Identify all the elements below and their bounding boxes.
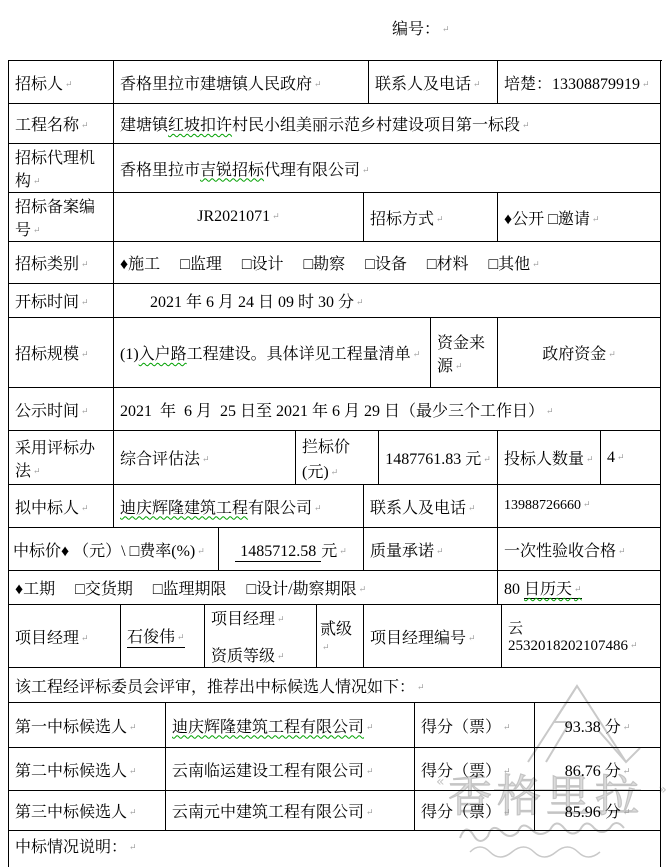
table-row-scale: 招标规模 (1)入户路工程建设。具体详见工程量清单 资金来源 政府资金 xyxy=(9,318,662,388)
candidate-3-score-label-cell: 得分（票） xyxy=(415,791,535,831)
ceiling-price-value-cell: 1487761.83 元 xyxy=(379,431,498,485)
duration-label-cell: ♦工期 □交货期 □监理期限 □设计/勘察期限 xyxy=(9,571,498,605)
winner-contact-label-cell: 联系人及电话 xyxy=(364,485,498,528)
evaluation-value: 综合评估法 xyxy=(120,446,210,469)
open-time-value-cell: 2021 年 6 月 24 日 09 时 30 分 xyxy=(114,284,661,318)
open-time-value: 2021 年 6 月 24 日 09 时 30 分 xyxy=(150,289,364,312)
candidate-3-rank-cell: 第三中标候选人 xyxy=(9,791,166,831)
candidate-2-company: 云南临运建设工程有限公司 xyxy=(172,758,374,781)
candidate-1-rank: 第一中标候选人 xyxy=(15,714,137,737)
tender-result-table: 招标人 香格里拉市建塘镇人民政府 联系人及电话 培楚：13308879919 工… xyxy=(8,60,662,867)
pm-id-label-cell: 项目经理编号 xyxy=(364,605,502,668)
table-row-record-number: 招标备案编号 JR2021071 招标方式 ♦公开 □邀请 xyxy=(9,193,662,242)
table-row-candidate-1: 第一中标候选人 迪庆辉隆建筑工程有限公司 得分（票） 93.38 分 xyxy=(9,703,662,748)
fund-source-label: 资金来源 xyxy=(437,330,491,376)
tender-result-document: { "doc": { "number_label": "编号：" }, "row… xyxy=(0,0,667,867)
table-row-project-name: 工程名称 建塘镇红坡扣许村民小组美丽示范乡村建设项目第一标段 xyxy=(9,104,662,144)
table-row-remark: 中标情况说明： xyxy=(9,831,662,867)
review-note-cell: 该工程经评标委员会评审，推荐出中标候选人情况如下： xyxy=(9,668,661,703)
evaluation-value-cell: 综合评估法 xyxy=(114,431,296,485)
bidder-contact-label: 联系人及电话 xyxy=(375,71,481,94)
table-row-candidate-2: 第二中标候选人 云南临运建设工程有限公司 得分（票） 86.76 分 xyxy=(9,748,662,791)
pm-id-value: 云 2532018202107486 xyxy=(508,617,654,655)
candidate-3-score-label: 得分（票） xyxy=(421,799,511,822)
scale-label: 招标规模 xyxy=(15,341,89,364)
candidate-3-score-cell: 85.96 分 xyxy=(535,791,661,831)
candidate-2-rank: 第二中标候选人 xyxy=(15,758,137,781)
bidder-label: 招标人 xyxy=(15,71,73,94)
evaluation-label: 采用评标办法 xyxy=(15,435,107,481)
table-row-evaluation: 采用评标办法 综合评估法 拦标价 (元) 1487761.83 元 投标人数量 … xyxy=(9,431,662,485)
project-name-value-cell: 建塘镇红坡扣许村民小组美丽示范乡村建设项目第一标段 xyxy=(114,104,661,144)
bidder-value: 香格里拉市建塘镇人民政府 xyxy=(120,71,322,94)
table-row-duration: ♦工期 □交货期 □监理期限 □设计/勘察期限 80 日历天 xyxy=(9,571,662,605)
record-number-label-cell: 招标备案编号 xyxy=(9,193,114,242)
agency-label: 招标代理机构 xyxy=(15,145,107,191)
category-value-cell: ♦施工 □监理 □设计 □勘察 □设备 □材料 □其他 xyxy=(114,242,661,284)
agency-label-cell: 招标代理机构 xyxy=(9,144,114,193)
candidate-1-company: 迪庆辉隆建筑工程有限公司 xyxy=(172,714,374,737)
candidate-3-company: 云南元中建筑工程有限公司 xyxy=(172,799,374,822)
winning-price-value-cell: 1485712.58元 xyxy=(219,528,364,571)
pm-label: 项目经理 xyxy=(15,625,89,648)
table-row-project-manager: 项目经理 石俊伟 项目经理 资质等级 贰级 项目经理编号 云 253201820… xyxy=(9,605,662,668)
bid-method-label: 招标方式 xyxy=(370,206,444,229)
pm-name-cell: 石俊伟 xyxy=(121,605,205,668)
winner-contact-label: 联系人及电话 xyxy=(370,495,476,518)
winner-contact-value-cell: 13988726660 xyxy=(498,485,661,528)
pm-id-value-cell: 云 2532018202107486 xyxy=(502,605,661,668)
publicity-time-value-cell: 2021 年 6 月 25 日至 2021 年 6 月 29 日（最少三个工作日… xyxy=(114,388,661,431)
category-label-cell: 招标类别 xyxy=(9,242,114,284)
record-number-value-cell: JR2021071 xyxy=(114,193,364,242)
publicity-time-label: 公示时间 xyxy=(15,398,89,421)
table-row-winning-price: 中标价♦ （元）\ □费率(%) 1485712.58元 质量承诺 一次性验收合… xyxy=(9,528,662,571)
bidder-count-value-cell: 4 xyxy=(601,431,661,485)
table-row-review-note: 该工程经评标委员会评审，推荐出中标候选人情况如下： xyxy=(9,668,662,703)
project-name-label-cell: 工程名称 xyxy=(9,104,114,144)
table-row-candidate-3: 第三中标候选人 云南元中建筑工程有限公司 得分（票） 85.96 分 xyxy=(9,791,662,831)
ceiling-price-value: 1487761.83 元 xyxy=(385,446,491,469)
bid-method-value: ♦公开 □邀请 xyxy=(504,206,599,229)
pm-label-cell: 项目经理 xyxy=(9,605,121,668)
fund-source-label-cell: 资金来源 xyxy=(431,318,498,388)
remark-cell: 中标情况说明： xyxy=(9,831,661,867)
bidder-contact-label-cell: 联系人及电话 xyxy=(369,61,498,104)
scale-value-cell: (1)入户路工程建设。具体详见工程量清单 xyxy=(114,318,431,388)
record-number-value: JR2021071 xyxy=(197,208,279,226)
candidate-2-score: 86.76 分 xyxy=(565,758,631,781)
publicity-time-value: 2021 年 6 月 25 日至 2021 年 6 月 29 日（最少三个工作日… xyxy=(120,398,554,421)
winner-contact-value: 13988726660 xyxy=(504,498,591,514)
agency-value-cell: 香格里拉市吉锐招标代理有限公司 xyxy=(114,144,661,193)
candidate-1-score: 93.38 分 xyxy=(565,714,631,737)
proposed-winner-value-cell: 迪庆辉隆建筑工程有限公司 xyxy=(114,485,364,528)
pm-grade-label-line1: 项目经理 xyxy=(211,606,285,629)
candidate-1-score-label: 得分（票） xyxy=(421,714,511,737)
publicity-time-label-cell: 公示时间 xyxy=(9,388,114,431)
candidate-2-score-label-cell: 得分（票） xyxy=(415,748,535,791)
remark-label: 中标情况说明： xyxy=(15,834,137,857)
bidder-value-cell: 香格里拉市建塘镇人民政府 xyxy=(114,61,369,104)
record-number-label: 招标备案编号 xyxy=(15,194,107,240)
fund-source-value: 政府资金 xyxy=(542,341,616,364)
candidate-2-score-label: 得分（票） xyxy=(421,758,511,781)
candidate-1-score-label-cell: 得分（票） xyxy=(415,703,535,748)
quality-promise-value: 一次性验收合格 xyxy=(504,538,626,561)
duration-value-cell: 80 日历天 xyxy=(498,571,661,605)
winning-price-label: 中标价♦ （元）\ □费率(%) xyxy=(13,538,205,561)
scale-value: (1)入户路工程建设。具体详见工程量清单 xyxy=(120,341,420,364)
bidder-contact-value: 培楚：13308879919 xyxy=(504,71,650,94)
category-checkbox-group: ♦施工 □监理 □设计 □勘察 □设备 □材料 □其他 xyxy=(120,251,540,274)
table-row-category: 招标类别 ♦施工 □监理 □设计 □勘察 □设备 □材料 □其他 xyxy=(9,242,662,284)
proposed-winner-label: 拟中标人 xyxy=(15,495,89,518)
candidate-1-score-cell: 93.38 分 xyxy=(535,703,661,748)
bid-method-label-cell: 招标方式 xyxy=(364,193,498,242)
candidate-2-company-cell: 云南临运建设工程有限公司 xyxy=(166,748,415,791)
evaluation-label-cell: 采用评标办法 xyxy=(9,431,114,485)
pm-grade-label-line2: 资质等级 xyxy=(211,643,285,666)
bid-method-value-cell: ♦公开 □邀请 xyxy=(498,193,661,242)
table-row-publicity-time: 公示时间 2021 年 6 月 25 日至 2021 年 6 月 29 日（最少… xyxy=(9,388,662,431)
doc-number-label: 编号： xyxy=(392,21,450,38)
candidate-3-company-cell: 云南元中建筑工程有限公司 xyxy=(166,791,415,831)
agency-value: 香格里拉市吉锐招标代理有限公司 xyxy=(120,157,370,180)
bidder-contact-value-cell: 培楚：13308879919 xyxy=(498,61,661,104)
doc-number-line: 编号： xyxy=(392,16,450,39)
duration-checkbox-group: ♦工期 □交货期 □监理期限 □设计/勘察期限 xyxy=(15,576,366,599)
review-note-text: 该工程经评标委员会评审，推荐出中标候选人情况如下： xyxy=(15,674,425,697)
bidder-count-value: 4 xyxy=(607,449,625,467)
proposed-winner-value: 迪庆辉隆建筑工程有限公司 xyxy=(120,495,322,518)
pm-id-label: 项目经理编号 xyxy=(370,625,476,648)
table-row-agency: 招标代理机构 香格里拉市吉锐招标代理有限公司 xyxy=(9,144,662,193)
candidate-1-rank-cell: 第一中标候选人 xyxy=(9,703,166,748)
pm-grade-value: 贰级 xyxy=(320,616,360,657)
candidate-2-score-cell: 86.76 分 xyxy=(535,748,661,791)
project-name-value: 建塘镇红坡扣许村民小组美丽示范乡村建设项目第一标段 xyxy=(120,112,530,135)
ceiling-price-label-line1: 拦标价 xyxy=(302,434,350,457)
table-row-open-time: 开标时间 2021 年 6 月 24 日 09 时 30 分 xyxy=(9,284,662,318)
ceiling-price-label-cell: 拦标价 (元) xyxy=(296,431,379,485)
table-row-bidder: 招标人 香格里拉市建塘镇人民政府 联系人及电话 培楚：13308879919 xyxy=(9,61,662,104)
winning-price-label-cell: 中标价♦ （元）\ □费率(%) xyxy=(9,528,219,571)
table-row-proposed-winner: 拟中标人 迪庆辉隆建筑工程有限公司 联系人及电话 13988726660 xyxy=(9,485,662,528)
duration-value: 80 日历天 xyxy=(504,576,582,599)
open-time-label-cell: 开标时间 xyxy=(9,284,114,318)
pm-name: 石俊伟 xyxy=(127,624,185,648)
ceiling-price-label-line2: (元) xyxy=(302,459,338,482)
scale-label-cell: 招标规模 xyxy=(9,318,114,388)
quality-promise-label-cell: 质量承诺 xyxy=(364,528,498,571)
open-time-label: 开标时间 xyxy=(15,289,89,312)
quality-promise-value-cell: 一次性验收合格 xyxy=(498,528,661,571)
pm-grade-label-cell: 项目经理 资质等级 xyxy=(205,605,317,668)
winning-price-value: 1485712.58元 xyxy=(235,538,347,561)
pm-grade-value-cell: 贰级 xyxy=(317,605,364,668)
candidate-1-company-cell: 迪庆辉隆建筑工程有限公司 xyxy=(166,703,415,748)
project-name-label: 工程名称 xyxy=(15,112,89,135)
bidder-count-label-cell: 投标人数量 xyxy=(498,431,601,485)
category-label: 招标类别 xyxy=(15,251,89,274)
bidder-label-cell: 招标人 xyxy=(9,61,114,104)
bidder-count-label: 投标人数量 xyxy=(504,446,594,469)
candidate-2-rank-cell: 第二中标候选人 xyxy=(9,748,166,791)
candidate-3-rank: 第三中标候选人 xyxy=(15,799,137,822)
candidate-3-score: 85.96 分 xyxy=(565,799,631,822)
quality-promise-label: 质量承诺 xyxy=(370,538,444,561)
proposed-winner-label-cell: 拟中标人 xyxy=(9,485,114,528)
fund-source-value-cell: 政府资金 xyxy=(498,318,661,388)
